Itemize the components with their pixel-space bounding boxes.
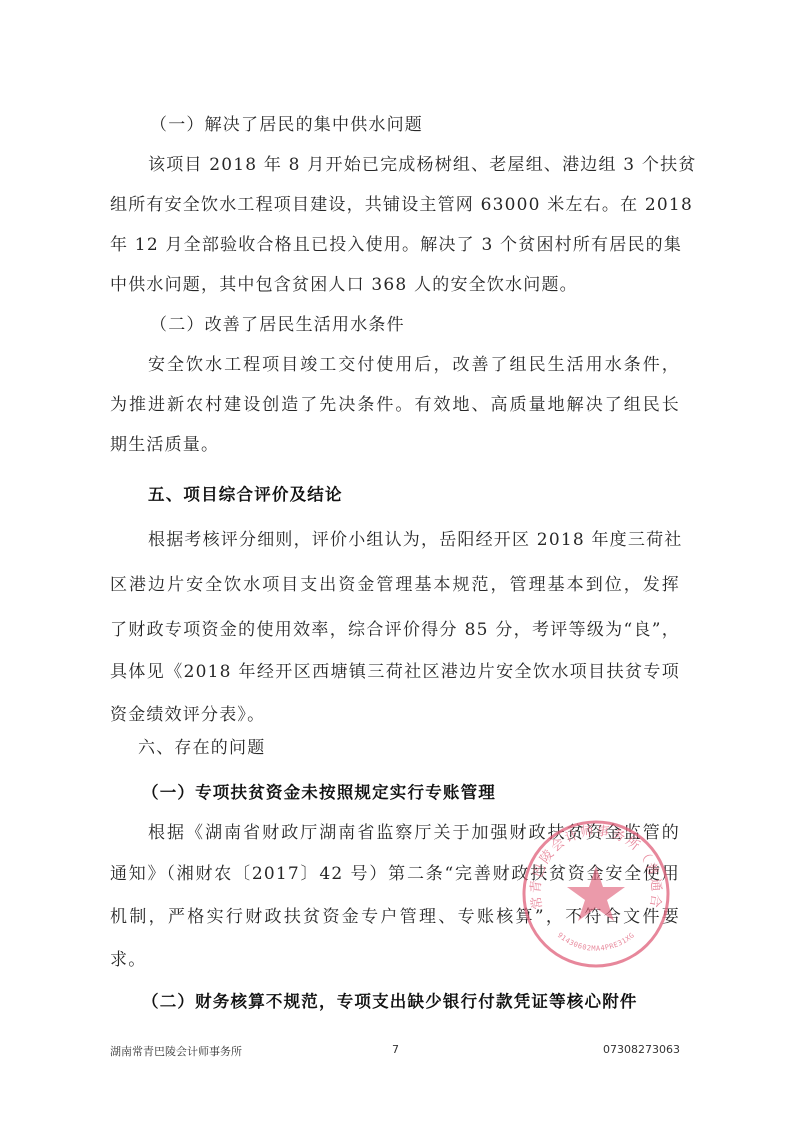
- paragraph-line: 求。: [110, 950, 680, 970]
- subheading-special-account: （一）专项扶贫资金未按照规定实行专账管理: [142, 783, 712, 803]
- paragraph-line: 年 12 月全部验收合格且已投入使用。解决了 3 个贫困村所有居民的集: [110, 235, 680, 255]
- footer-firm-name: 湖南常青巴陵会计师事务所: [110, 1043, 242, 1059]
- subheading-living-water: （二）改善了居民生活用水条件: [150, 315, 720, 335]
- paragraph-line: 组所有安全饮水工程项目建设，共铺设主管网 63000 米左右。在 2018: [110, 195, 680, 215]
- paragraph-line: 根据考核评分细则，评价小组认为，岳阳经开区 2018 年度三荷社: [148, 530, 680, 550]
- paragraph-line: 了财政专项资金的使用效率，综合评价得分 85 分，考评等级为“良”，: [110, 620, 680, 640]
- paragraph-line: 期生活质量。: [110, 435, 680, 455]
- heading-existing-problems: 六、存在的问题: [138, 738, 708, 758]
- paragraph-line: 安全饮水工程项目竣工交付使用后，改善了组民生活用水条件，: [148, 355, 680, 375]
- subheading-water-supply: （一）解决了居民的集中供水问题: [150, 115, 720, 135]
- heading-evaluation-conclusion: 五、项目综合评价及结论: [148, 485, 718, 505]
- paragraph-line: 为推进新农村建设创造了先决条件。有效地、高质量地解决了组民长: [110, 395, 680, 415]
- paragraph-line: 中供水问题，其中包含贫困人口 368 人的安全饮水问题。: [110, 275, 680, 295]
- paragraph-line: 该项目 2018 年 8 月开始已完成杨树组、老屋组、港边组 3 个扶贫: [148, 155, 680, 175]
- paragraph-line: 区港边片安全饮水项目支出资金管理基本规范，管理基本到位，发挥: [110, 575, 680, 595]
- paragraph-line: 根据《湖南省财政厅湖南省监察厅关于加强财政扶贫资金监管的: [148, 823, 680, 843]
- subheading-accounting-irregular: （二）财务核算不规范，专项支出缺少银行付款凭证等核心附件: [142, 992, 682, 1012]
- paragraph-line: 机制，严格实行财政扶贫资金专户管理、专账核算”，不符合文件要: [110, 907, 680, 927]
- footer-page-number: 7: [392, 1043, 399, 1056]
- paragraph-line: 资金绩效评分表》。: [110, 705, 680, 725]
- footer-phone: 07308273063: [603, 1043, 680, 1056]
- document-page: （一）解决了居民的集中供水问题 该项目 2018 年 8 月开始已完成杨树组、老…: [0, 0, 793, 1121]
- paragraph-line: 具体见《2018 年经开区西塘镇三荷社区港边片安全饮水项目扶贫专项: [110, 662, 680, 682]
- paragraph-line: 通知》（湘财农〔2017〕42 号）第二条“完善财政扶贫资金安全使用: [110, 864, 680, 884]
